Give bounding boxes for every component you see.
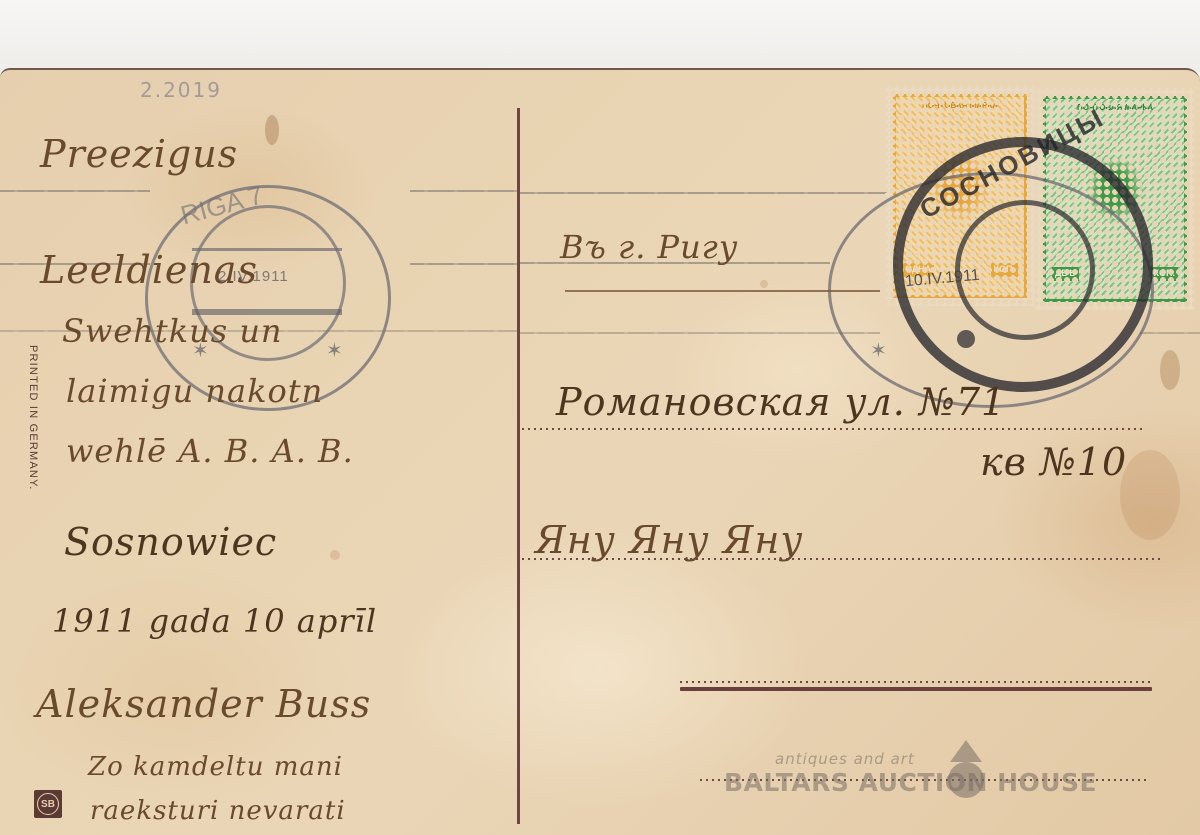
ruled-line	[410, 263, 520, 265]
star-icon: ✶	[870, 338, 887, 363]
ruled-line	[0, 190, 150, 192]
message-line: laimigu nakotn	[66, 372, 323, 410]
message-line: Swehtkus un	[62, 312, 283, 350]
stamp-header: ПОЧТОВАЯ МАРКА	[1046, 103, 1184, 112]
center-divider-line	[517, 108, 520, 824]
ruled-line	[520, 192, 890, 194]
address-line: Романовская ул. №71	[556, 380, 1006, 424]
address-line: Въ г. Ригу	[560, 228, 738, 266]
message-line: wehlē A. B. A. B.	[66, 432, 354, 470]
printed-in-germany-imprint: PRINTED IN GERMANY.	[27, 345, 39, 490]
stain	[760, 280, 768, 288]
message-line: Sosnowiec	[64, 520, 277, 564]
address-solid-line	[680, 687, 1152, 691]
ruled-line	[410, 190, 520, 192]
message-line: Zo kamdeltu mani	[88, 752, 343, 782]
stain	[265, 115, 279, 145]
address-dotted-line	[522, 428, 1142, 430]
star-icon: ✶	[326, 338, 343, 363]
message-line: Aleksander Buss	[36, 682, 371, 726]
address-line: кв №10	[980, 440, 1127, 484]
stain	[330, 550, 340, 560]
watermark-subtitle: antiques and art	[775, 750, 915, 768]
watermark-title: BALTARS AUCTION HOUSE	[724, 768, 1097, 797]
message-line: raeksturi nevarati	[90, 796, 346, 826]
ruled-line	[1140, 332, 1200, 334]
stain	[1120, 450, 1180, 540]
address-line: Яну Яну Яну	[535, 518, 803, 562]
postmark-right-dot	[957, 330, 975, 348]
address-underline	[565, 290, 880, 292]
message-line: Leeldienas	[40, 248, 258, 292]
stamp-value: КОП.	[1151, 267, 1178, 281]
address-dotted-line	[680, 681, 1152, 683]
stain	[1160, 350, 1180, 390]
scan-background	[0, 0, 1200, 72]
ruled-line	[520, 332, 880, 334]
message-line: Preezigus	[40, 132, 238, 176]
message-line: 1911 gada 10 aprīl	[52, 602, 377, 640]
publisher-logo-text: SB	[37, 793, 59, 815]
crown-icon	[950, 740, 982, 762]
stamp-header: ПОЧТОВАЯ МАРКА	[896, 101, 1024, 110]
publisher-logo: SB	[34, 790, 62, 818]
pencil-note: 2.2019	[140, 78, 222, 102]
